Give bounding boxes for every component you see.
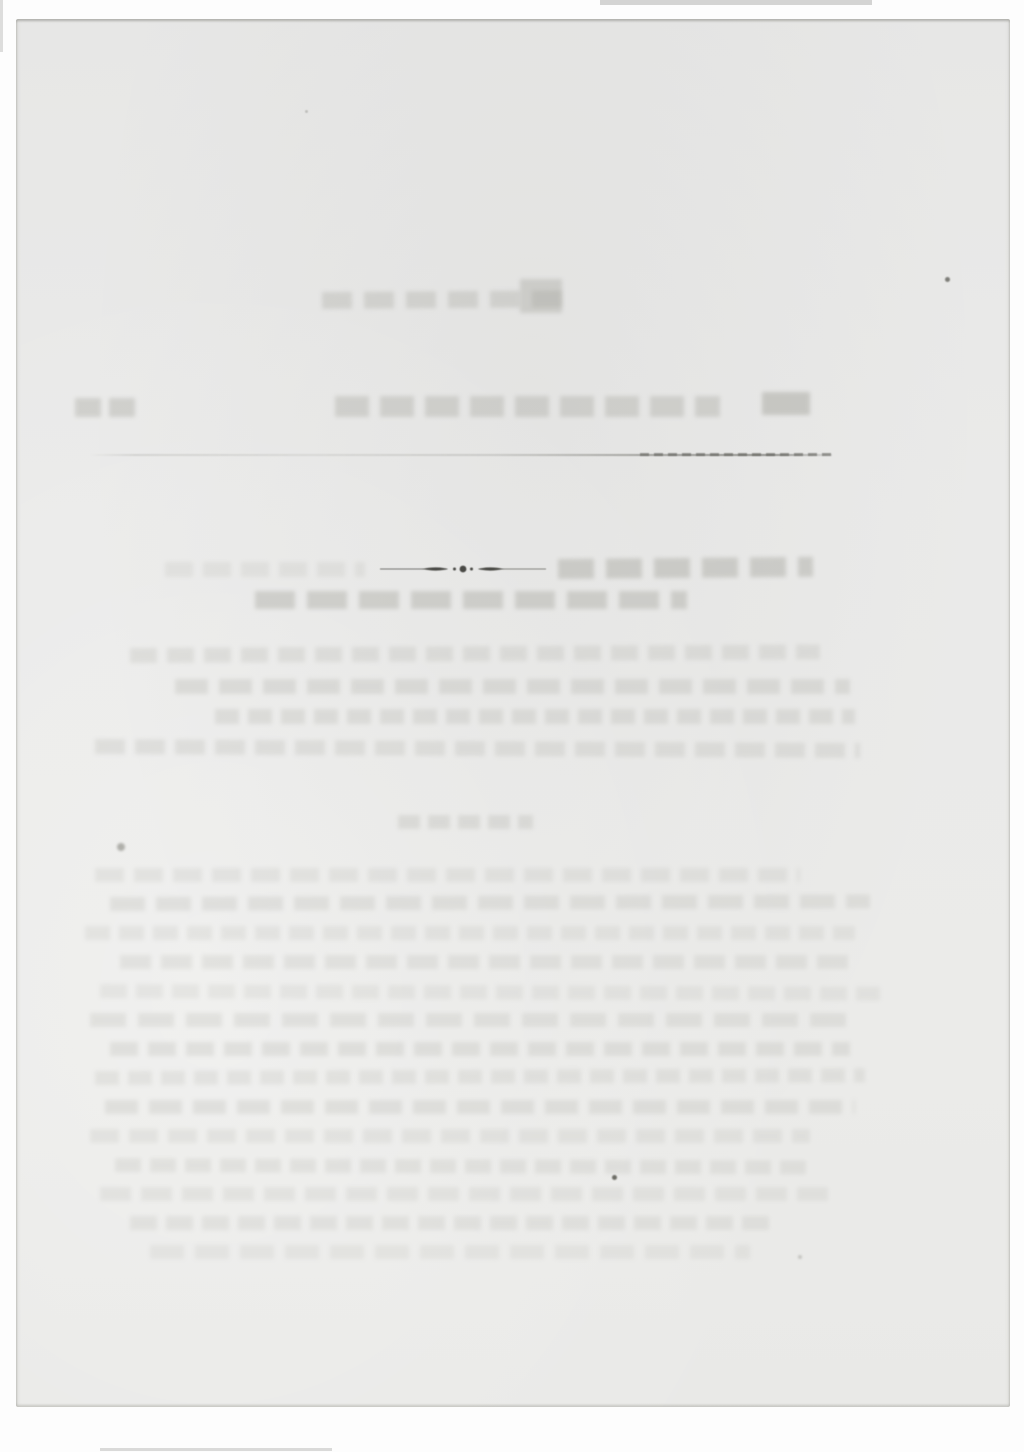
faded-text-smudge-header-page-number (762, 392, 810, 415)
faded-text-smudge-body-line (100, 984, 880, 1001)
faded-text-smudge-body-line (150, 1245, 750, 1259)
faded-text-smudge-body-line (95, 1068, 865, 1085)
ink-speck (612, 1175, 617, 1180)
faded-text-smudge-body-line (110, 894, 870, 911)
ink-speck (305, 110, 308, 113)
faded-text-smudge-body-line (85, 926, 855, 940)
faded-text-smudge-body-line (95, 868, 800, 882)
faded-text-smudge-body-line (110, 1042, 850, 1056)
ink-speck (945, 277, 950, 282)
ink-speck (117, 843, 125, 851)
faded-text-smudge-body-line (90, 1013, 850, 1027)
faded-text-smudge-heading-line2 (255, 591, 687, 609)
faded-text-smudge-body-line (100, 1187, 835, 1201)
faded-text-smudge-header-center (335, 396, 720, 417)
faded-text-smudge-body-line (90, 1129, 810, 1143)
faded-text-smudge-ghost-title-blot (520, 279, 562, 313)
faded-text-smudge-body-line (105, 1100, 855, 1114)
faded-text-smudge-paragraph-line (175, 679, 850, 694)
faded-text-smudge-body-line (120, 955, 850, 969)
scanner-edge-strip-bottom-left (100, 1448, 332, 1451)
faded-text-smudge-heading-line1-right (558, 557, 813, 579)
swelled-rule-divider-ornament (378, 563, 548, 575)
scanner-edge-strip-top (600, 0, 872, 5)
faded-text-smudge-paragraph-line (215, 709, 855, 724)
faded-text-smudge-body-line (130, 1216, 775, 1230)
faded-text-smudge-mid-heading (398, 815, 533, 829)
header-rule-dark-segment (640, 453, 832, 456)
faded-text-smudge-body-line (115, 1158, 815, 1174)
faded-text-smudge-header-left (75, 398, 137, 417)
scanner-edge-strip-left (0, 0, 3, 52)
faded-text-smudge-heading-line1-left (165, 562, 365, 577)
scan-background (0, 0, 1024, 1452)
ink-speck (798, 1255, 802, 1259)
